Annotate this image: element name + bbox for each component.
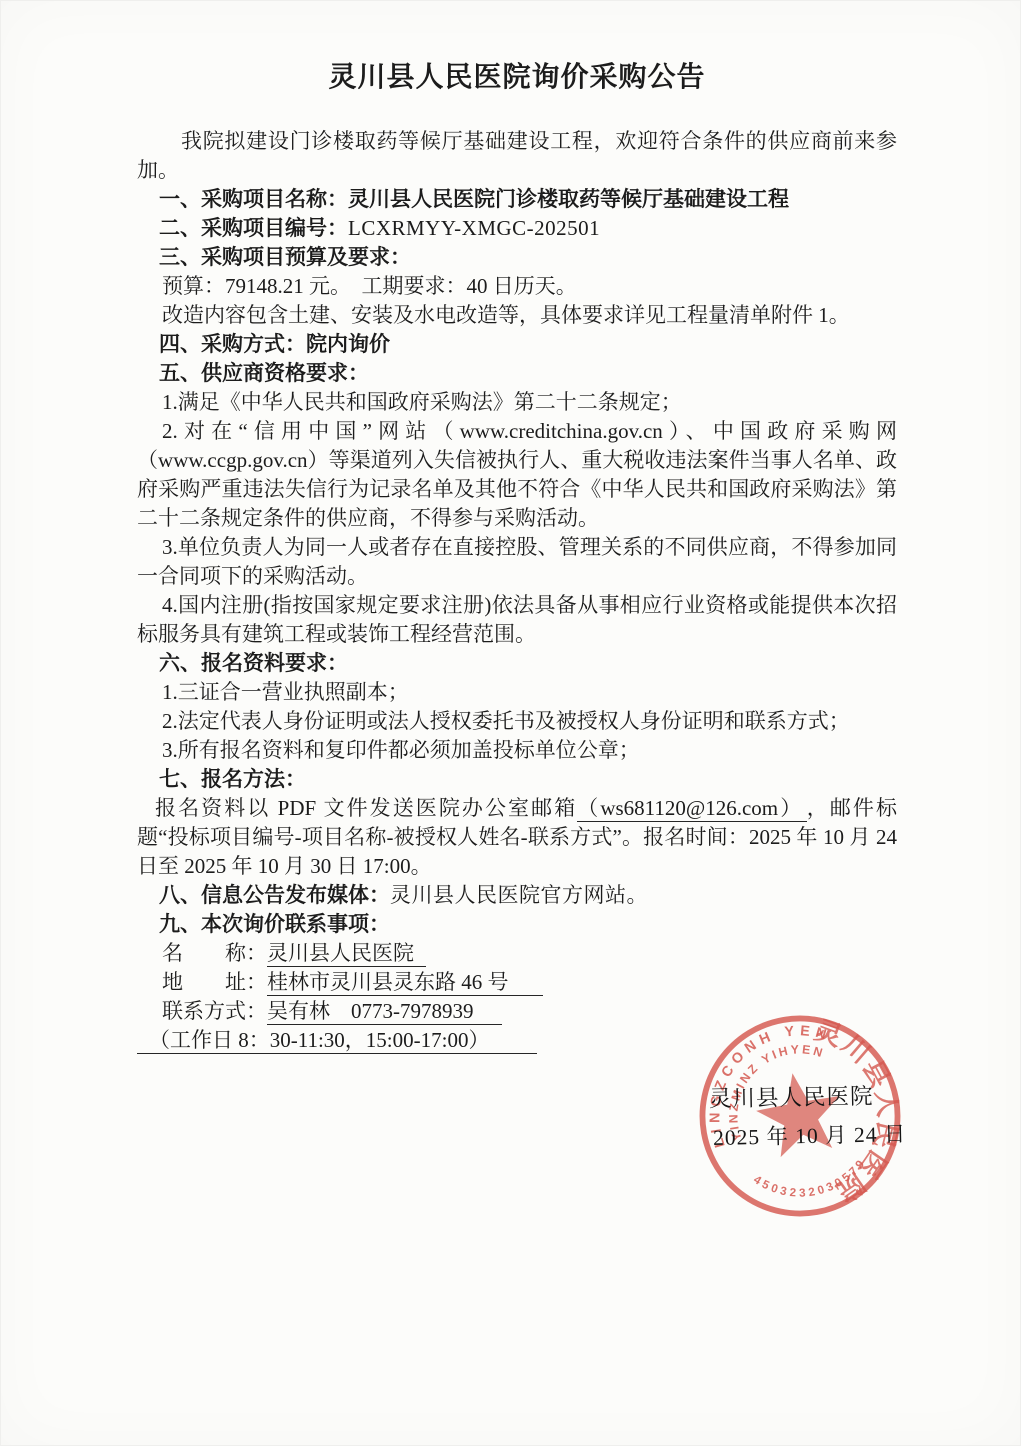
scanned-document-page: 灵川县人民医院询价采购公告 我院拟建设门诊楼取药等候厅基础建设工程，欢迎符合条件… [0,0,1021,1446]
intro-paragraph: 我院拟建设门诊楼取药等候厅基础建设工程，欢迎符合条件的供应商前来参加。 [137,127,897,185]
supplier-requirement-item-4: 4.国内注册(指按国家规定要求注册)依法具备从事相应行业资格或能提供本次招标服务… [137,591,897,649]
contact-address-row: 地 址：桂林市灵川县灵东路 46 号 [137,968,897,997]
page-title: 灵川县人民医院询价采购公告 [137,56,897,100]
supplier-requirement-item-3: 3.单位负责人为同一人或者存在直接控股、管理关系的不同供应商，不得参加同一合同项… [137,533,897,591]
contact-address-label: 地 址： [162,970,267,994]
contact-address-value: 桂林市灵川县灵东路 46 号 [267,970,543,996]
budget-line: 预算：79148.21 元。 工期要求：40 日历天。 [137,272,897,301]
registration-doc-item-3: 3.所有报名资料和复印件都必须加盖投标单位公章； [137,736,897,765]
contact-phone-label: 联系方式： [162,999,267,1023]
signature-date: 2025 年 10 月 24 日 [713,1117,907,1152]
official-seal: LINGZCONH YEN YINZMINZ YIHYEN 灵川县人民医院 45… [694,1010,906,1222]
scope-line: 改造内容包含土建、安装及水电改造等，具体要求详见工程量清单附件 1。 [137,301,897,330]
publish-media-value: 灵川县人民医院官方网站。 [390,883,648,907]
section-2-label: 二、采购项目编号： [159,217,348,240]
project-number: LCXRMYY-XMGC-202501 [348,216,600,240]
section-8-line: 八、信息公告发布媒体：灵川县人民医院官方网站。 [137,881,897,910]
working-hours-value: （工作日 8：30-11:30，15:00-17:00） [137,1028,537,1054]
section-3-heading: 三、采购项目预算及要求： [137,243,897,272]
contact-name-row: 名 称：灵川县人民医院 [137,939,897,968]
signature-org: 灵川县人民医院 [709,1079,874,1114]
email-address: （ws681120@126.com） [577,796,807,822]
document-body: 灵川县人民医院询价采购公告 我院拟建设门诊楼取药等候厅基础建设工程，欢迎符合条件… [137,56,897,1055]
registration-doc-item-1: 1.三证合一营业执照副本； [137,678,897,707]
registration-method-paragraph: 报名资料以 PDF 文件发送医院办公室邮箱（ws681120@126.com），… [137,794,897,881]
contact-name-value: 灵川县人民医院 [267,941,426,967]
contact-name-label: 名 称： [162,941,267,965]
supplier-requirement-item-1: 1.满足《中华人民共和国政府采购法》第二十二条规定； [137,388,897,417]
contact-phone-value: 吴有林 0773-7978939 [267,999,502,1025]
section-8-label: 八、信息公告发布媒体： [159,884,390,907]
registration-doc-item-2: 2.法定代表人身份证明或法人授权委托书及被授权人身份证明和联系方式； [137,707,897,736]
section-9-heading: 九、本次询价联系事项： [137,910,897,939]
registration-method-text-before: 报名资料以 PDF 文件发送医院办公室邮箱 [155,796,577,820]
section-7-heading: 七、报名方法： [137,765,897,794]
section-6-heading: 六、报名资料要求： [137,649,897,678]
supplier-requirement-item-2: 2.对在“信用中国”网站（www.creditchina.gov.cn）、中国政… [137,417,897,533]
section-1-line: 一、采购项目名称：灵川县人民医院门诊楼取药等候厅基础建设工程 [137,185,897,214]
section-4-line: 四、采购方式：院内询价 [137,330,897,359]
section-2-line: 二、采购项目编号：LCXRMYY-XMGC-202501 [137,214,897,243]
section-5-heading: 五、供应商资格要求： [137,359,897,388]
